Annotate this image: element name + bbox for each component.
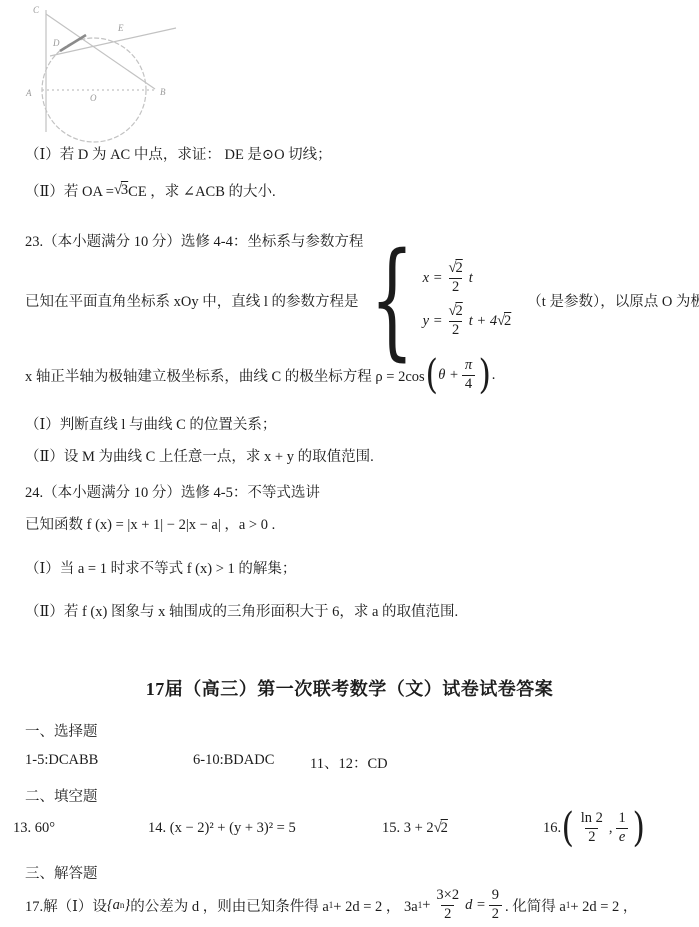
blank15-lead: 15. 3 + 2 xyxy=(382,820,434,837)
q24-header-line: 24.（本小题满分 10 分）选修 4-5：不等式选讲 xyxy=(25,481,320,502)
q17-text-1: 的公差为 d ，则由已知条件得 a xyxy=(130,895,329,916)
choice-answers-row: 1-5:DCABB 6-10:BDADC 11、12：CD xyxy=(0,752,699,772)
choice-answers-6-10: 6-10:BDADC xyxy=(193,752,274,769)
left-paren: ( xyxy=(562,808,574,848)
frac-numerator: 1 xyxy=(616,811,629,828)
radical-sign: √ xyxy=(449,260,456,276)
radical-sign: √ xyxy=(497,313,504,329)
sqrt-3-radical: √3 xyxy=(114,182,128,199)
geometry-figure: C D E A O B xyxy=(6,2,184,144)
q23-parametric-line: 已知在平面直角坐标系 xOy 中，直线 l 的参数方程是 { x = √2 2 … xyxy=(25,252,699,348)
frac-denominator: 4 xyxy=(462,375,475,393)
blank16-label: 16. xyxy=(543,820,561,837)
q24-part1-line: （Ⅰ）当 a = 1 时求不等式 f (x) > 1 的解集； xyxy=(25,557,296,578)
answers-title: 17届（高三）第一次联考数学（文）试卷试卷答案 xyxy=(0,675,699,701)
radical-sign: √ xyxy=(449,303,456,319)
frac-denominator: 2 xyxy=(449,321,462,339)
sqrt-2-radical: √2 xyxy=(434,820,448,837)
figure-label-A: A xyxy=(25,88,32,98)
figure-label-E: E xyxy=(117,23,124,33)
radical-sign: √ xyxy=(434,820,441,836)
radical-sign: √ xyxy=(114,182,121,198)
q23-part2-line: （Ⅱ）设 M 为曲线 C 上任意一点，求 x + y 的取值范围. xyxy=(25,445,374,466)
eq-y-tail: t + 4 xyxy=(469,313,497,330)
section2-heading: 二、填空题 xyxy=(25,785,98,806)
polar-period: . xyxy=(492,367,496,384)
radicand: 2 xyxy=(456,260,463,276)
frac-pi-over-4: π 4 xyxy=(462,358,475,393)
q17-text-5: . 化简得 a xyxy=(505,895,566,916)
polar-inner: θ + xyxy=(438,367,459,384)
figure-label-C: C xyxy=(33,5,40,15)
frac-ln2-over-2: ln 2 2 xyxy=(578,811,606,846)
frac-numerator: 9 xyxy=(489,888,502,905)
radicand: 3 xyxy=(121,182,128,198)
blank-answer-14: 14. (x − 2)² + (y + 3)² = 5 xyxy=(148,804,296,852)
choice-answers-1-5: 1-5:DCABB xyxy=(25,752,98,769)
section1-heading: 一、选择题 xyxy=(25,720,98,741)
system-brace: { xyxy=(370,252,414,348)
eq-y-lhs: y = xyxy=(423,313,443,330)
section3-heading: 三、解答题 xyxy=(25,862,98,883)
radicand: 2 xyxy=(441,820,448,836)
frac-numerator: π xyxy=(462,358,475,375)
frac-denominator: 2 xyxy=(489,905,502,923)
eq-x-tail: t xyxy=(469,270,473,287)
frac-numerator: √2 xyxy=(446,261,466,278)
q17-text-4: d = xyxy=(465,897,486,914)
frac-numerator: 3×2 xyxy=(433,888,462,905)
q22-part2-line: （Ⅱ）若 OA = √3 CE ，求 ∠ACB 的大小. xyxy=(25,180,276,201)
frac-sqrt2-over-2: √2 2 xyxy=(446,304,466,339)
frac-1-over-e: 1 e xyxy=(616,811,629,846)
frac-denominator: 2 xyxy=(441,905,454,923)
line-CB xyxy=(46,14,155,89)
choice-answers-11-12: 11、12：CD xyxy=(310,752,388,773)
q23-intro: 已知在平面直角坐标系 xOy 中，直线 l 的参数方程是 xyxy=(25,290,359,311)
equation-y: y = √2 2 t + 4 √2 xyxy=(423,304,512,339)
q22-part1-line: （Ⅰ）若 D 为 AC 中点，求证： DE 是⊙O 切线； xyxy=(25,143,332,164)
q22-part2-tail: CE ，求 ∠ACB 的大小. xyxy=(128,180,276,201)
blank-answer-16: 16. ( ln 2 2 , 1 e ) xyxy=(543,804,645,852)
q17-text-3: + xyxy=(422,897,430,914)
q23-part1-line: （Ⅰ）判断直线 l 与曲线 C 的位置关系； xyxy=(25,413,276,434)
figure-label-O: O xyxy=(90,93,97,103)
frac-denominator: 2 xyxy=(449,278,462,296)
blank-answer-15: 15. 3 + 2 √2 xyxy=(382,804,448,852)
q24-given-line: 已知函数 f (x) = |x + 1| − 2|x − a| ，a > 0 . xyxy=(25,513,275,534)
eq-x-lhs: x = xyxy=(423,270,443,287)
frac-denominator: e xyxy=(616,828,628,846)
frac-denominator: 2 xyxy=(585,828,598,846)
q17-text-2: + 2d = 2 ， 3a xyxy=(333,895,417,916)
blank-answers-row: 13. 60° 14. (x − 2)² + (y + 3)² = 5 15. … xyxy=(0,804,699,852)
radicand: 2 xyxy=(504,313,511,329)
right-paren: ) xyxy=(479,355,491,395)
sequence-open: {a xyxy=(107,897,120,914)
q17-solution-line: 17.解（Ⅰ）设 {an} 的公差为 d ，则由已知条件得 a1 + 2d = … xyxy=(25,883,637,927)
sqrt-2-radical: √2 xyxy=(497,313,511,330)
frac-sqrt2-over-2: √2 2 xyxy=(446,261,466,296)
frac-9-over-2: 9 2 xyxy=(489,888,502,923)
line-DE-tangent xyxy=(50,28,176,56)
radicand: 2 xyxy=(456,303,463,319)
q23-after-system: （t 是参数），以原点 O 为极点， xyxy=(527,290,699,311)
q22-part2-lead: （Ⅱ）若 OA = xyxy=(25,180,114,201)
equation-x: x = √2 2 t xyxy=(423,261,512,296)
q23-header-line: 23.（本小题满分 10 分）选修 4-4：坐标系与参数方程 xyxy=(25,230,363,251)
blank-answer-13: 13. 60° xyxy=(13,804,55,852)
figure-label-B: B xyxy=(160,87,166,97)
right-paren: ) xyxy=(632,808,644,848)
q24-part2-line: （Ⅱ）若 f (x) 图象与 x 轴围成的三角形面积大于 6，求 a 的取值范围… xyxy=(25,600,458,621)
frac-numerator: √2 xyxy=(446,304,466,321)
figure-label-D: D xyxy=(52,38,60,48)
document-page: C D E A O B （Ⅰ）若 D 为 AC 中点，求证： DE 是⊙O 切线… xyxy=(0,0,699,927)
parametric-system: x = √2 2 t y = √2 2 t + 4 √2 xyxy=(423,261,512,339)
frac-numerator: ln 2 xyxy=(578,811,606,828)
q17-lead: 17.解（Ⅰ）设 xyxy=(25,895,107,916)
blank16-comma: , xyxy=(609,820,613,837)
q23-polar-line: x 轴正半轴为极轴建立极坐标系，曲线 C 的极坐标方程 ρ = 2cos ( θ… xyxy=(25,352,495,398)
q17-text-6: + 2d = 2 ， xyxy=(570,895,637,916)
frac-3x2-over-2: 3×2 2 xyxy=(433,888,462,923)
left-paren: ( xyxy=(425,355,437,395)
polar-lead: x 轴正半轴为极轴建立极坐标系，曲线 C 的极坐标方程 ρ = 2cos xyxy=(25,365,425,386)
